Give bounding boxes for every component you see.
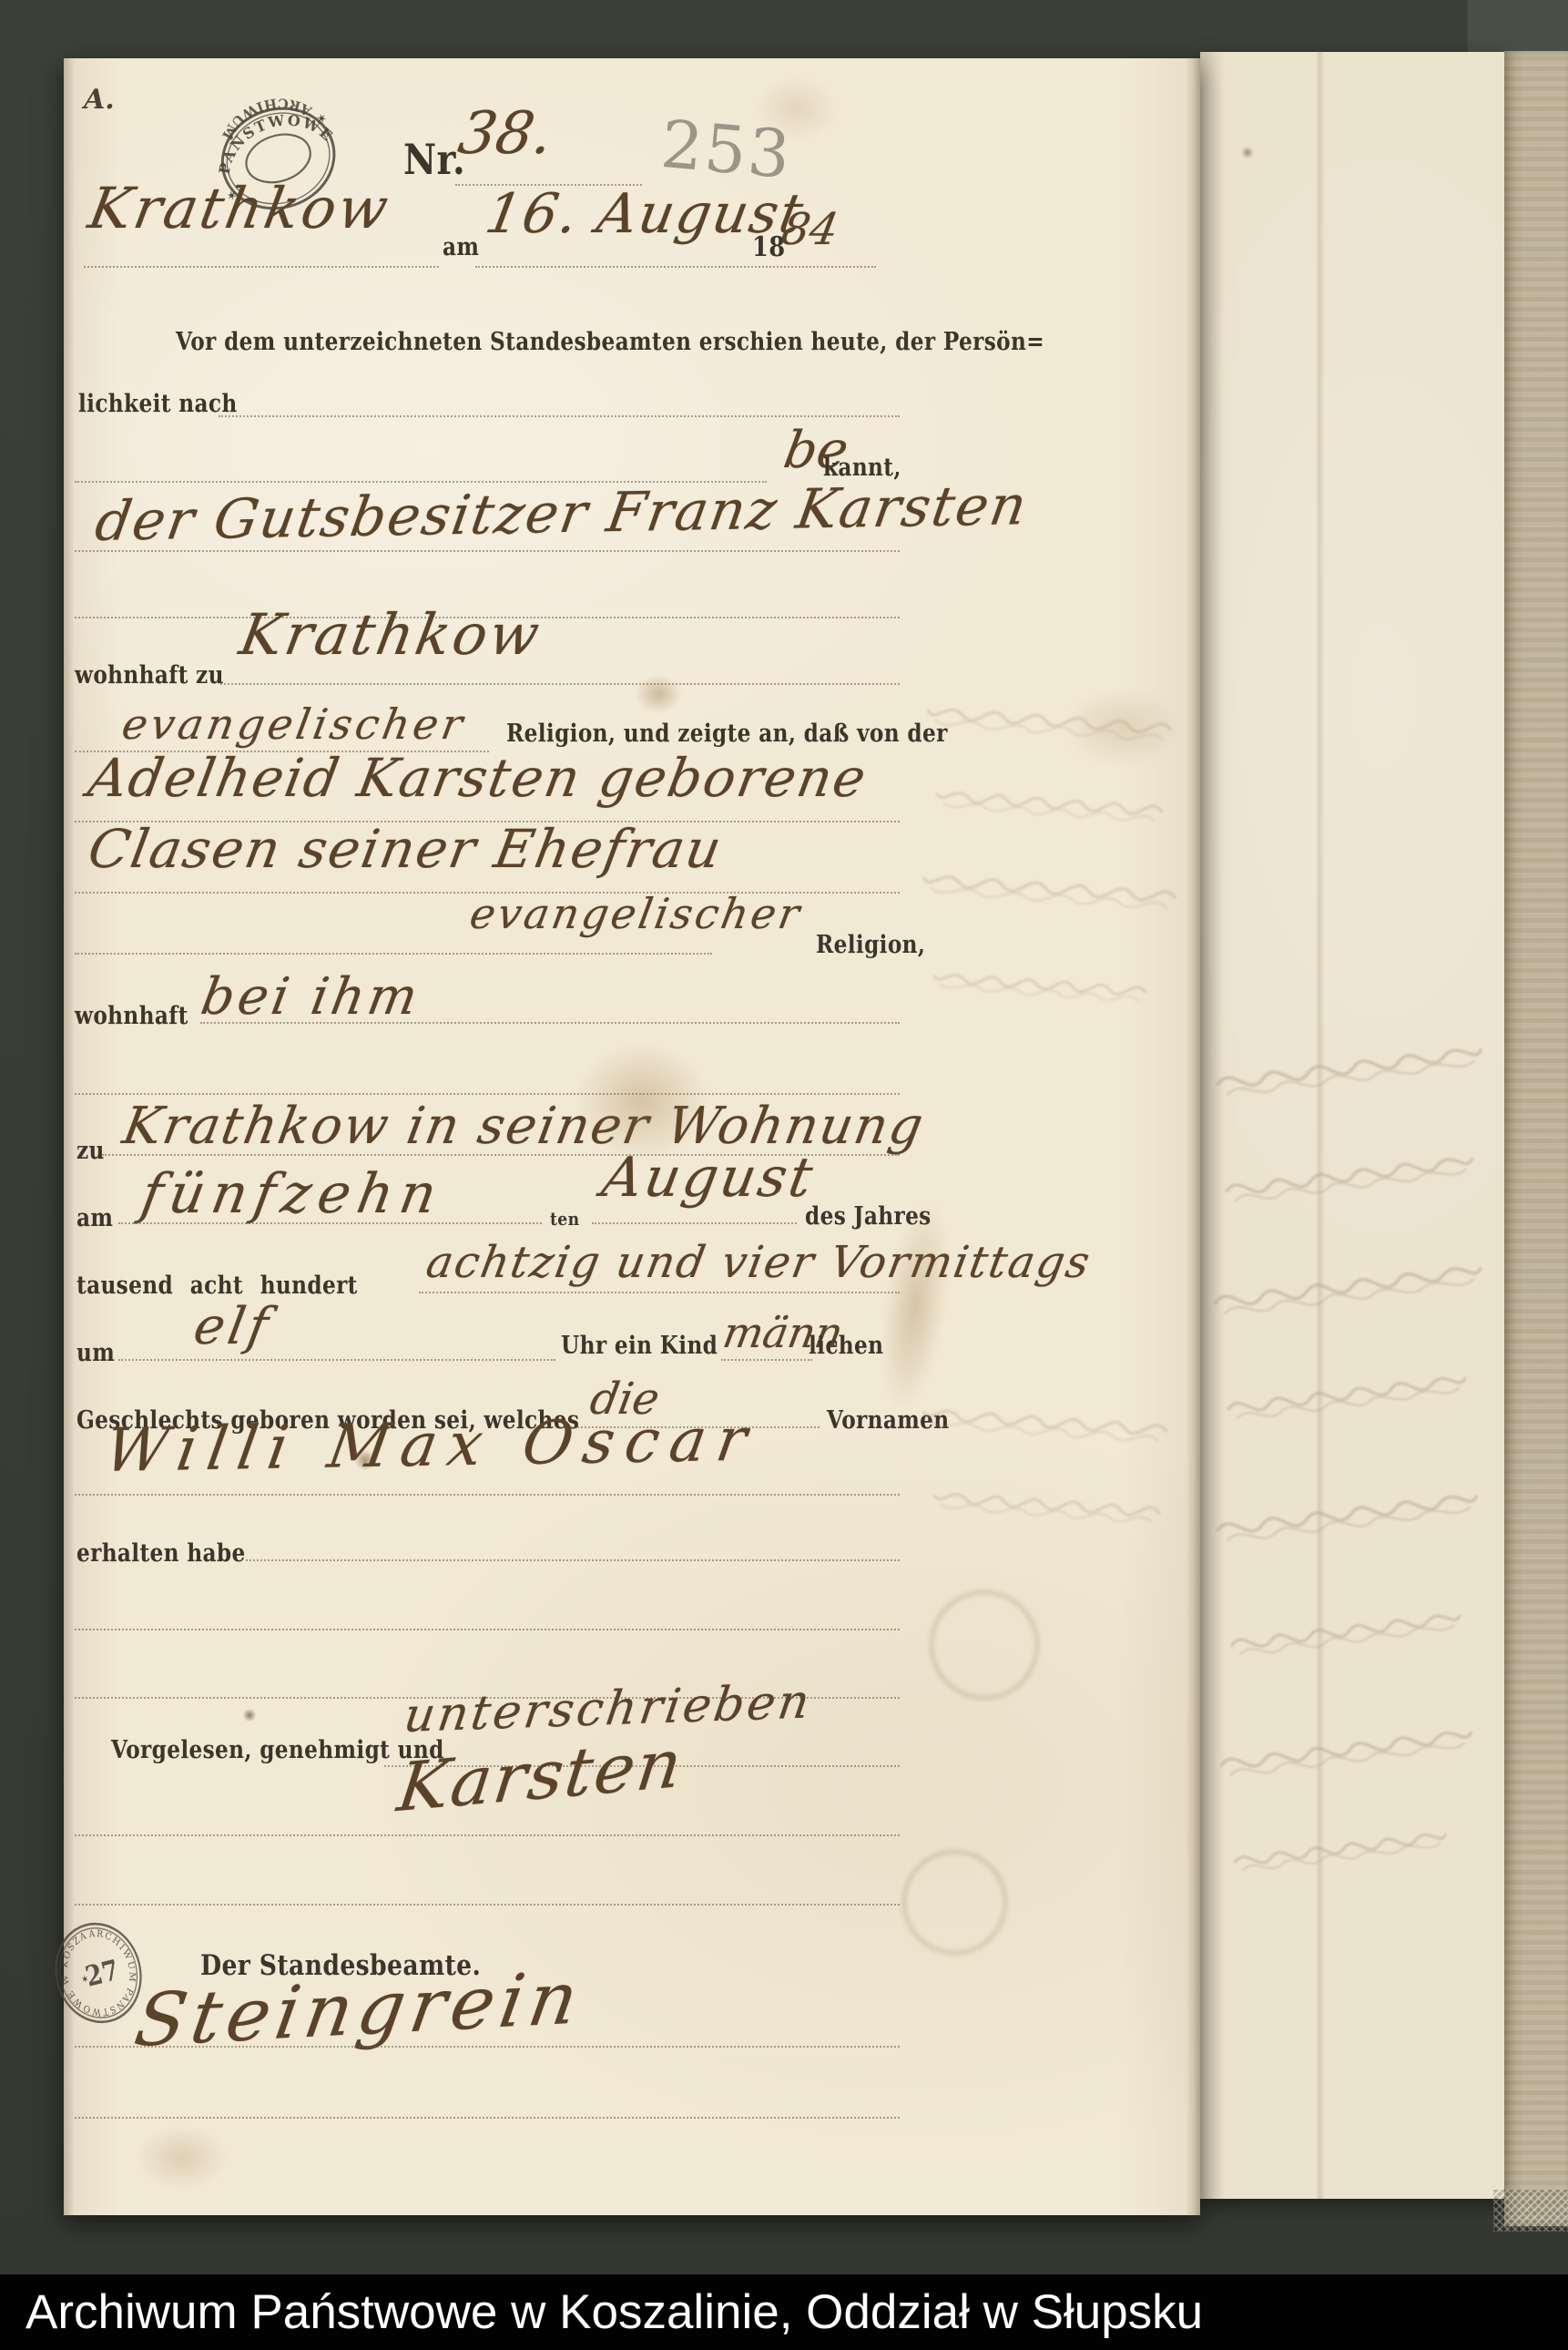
background-patch [1468, 0, 1568, 53]
bleed-through-script [1220, 1137, 1479, 1215]
declarant-entry: der Gutsbesitzer Franz Karsten [91, 474, 1033, 554]
bleed-through-script [930, 955, 1151, 1016]
bleed-through-script [1215, 1711, 1478, 1789]
des-jahres-label: des Jahres [805, 1202, 932, 1231]
intro-line-2: lichkeit nach [78, 390, 238, 418]
stain [137, 2126, 228, 2190]
child-names-entry: Willi Max Oscar [100, 1405, 762, 1486]
bleed-through-script [1211, 1027, 1488, 1109]
archive-footer-text: Archiwum Państwowe w Koszalinie, Oddział… [0, 2274, 1568, 2350]
bleed-through-script [1207, 1245, 1489, 1329]
dotted-line [75, 1494, 900, 1496]
dotted-line [200, 1022, 900, 1024]
pencil-number: 253 [658, 106, 795, 193]
erhalten-label: erhalten habe [76, 1539, 246, 1568]
wohnhaft-zu-label: wohnhaft zu [75, 661, 224, 690]
vorgelesen-label: Vorgelesen, genehmigt und [111, 1736, 444, 1764]
dotted-line [475, 266, 876, 268]
dotted-line [75, 1629, 900, 1630]
bleed-through-script [929, 1473, 1164, 1537]
birth-record-page: A. PAŃSTWOWE ARCHIWUM ✶ ✶ Nr. 38. 253 Kr… [64, 58, 1200, 2215]
tausend-label: tausend acht hundert [76, 1272, 358, 1300]
bei-ihm-entry: bei ihm [197, 967, 425, 1027]
stain [634, 674, 683, 714]
bleed-through-stamp [901, 1849, 1008, 1956]
stain [1240, 147, 1255, 158]
bleed-through-script [932, 771, 1166, 835]
dotted-line [75, 1834, 900, 1836]
birth-year-entry: achtzig und vier Vormittags [423, 1237, 1095, 1288]
intro-line-1: Vor dem unterzeichneten Standesbeamten e… [176, 328, 1044, 356]
stain [242, 1709, 257, 1722]
dotted-line [419, 1292, 900, 1293]
ten-label: ten [550, 1208, 579, 1230]
book-edge [1504, 51, 1568, 2226]
bleed-through-stamp [929, 1589, 1040, 1701]
year-entry: 84 [778, 204, 842, 255]
am-label: am [443, 233, 479, 261]
bleed-through-script [918, 1388, 1171, 1456]
bleed-through-script [922, 687, 1176, 754]
dotted-line [721, 1359, 812, 1361]
dotted-line [84, 266, 439, 268]
archive-footer-bar: Archiwum Państwowe w Koszalinie, Oddział… [0, 2274, 1568, 2350]
scanned-document: A. PAŃSTWOWE ARCHIWUM ✶ ✶ Nr. 38. 253 Kr… [0, 0, 1568, 2350]
round-stamp-number: 27 [82, 1953, 122, 1993]
binding-mesh [1493, 2190, 1568, 2232]
dotted-line [246, 1559, 900, 1561]
dotted-line [118, 1222, 542, 1224]
place-entry: Krathkow [84, 175, 396, 241]
birth-month-entry: August [597, 1146, 820, 1210]
birth-day-entry: fünfzehn [137, 1162, 448, 1226]
dotted-line [75, 953, 712, 955]
lichen-label: lichen [809, 1332, 883, 1360]
hour-entry: elf [189, 1297, 276, 1356]
dotted-line [219, 415, 900, 417]
dotted-line [220, 683, 900, 685]
religion-label-2: Religion, [816, 931, 925, 959]
uhr-ein-kind-label: Uhr ein Kind [561, 1332, 718, 1360]
mother-name-line-2: Clasen seiner Ehefrau [84, 818, 728, 880]
dotted-line [592, 1222, 797, 1224]
bleed-through-script [1211, 1473, 1484, 1556]
mother-name-line-1: Adelheid Karsten geborene [84, 747, 872, 809]
dotted-line [75, 1904, 900, 1906]
religion-entry-1: evangelischer [118, 700, 470, 749]
nr-value: 38. [453, 100, 558, 168]
dotted-line [118, 1359, 555, 1361]
dotted-line [75, 550, 900, 552]
um-label: um [76, 1339, 115, 1367]
bleed-through-script [918, 854, 1180, 923]
wohnhaft-label: wohnhaft [75, 1002, 188, 1030]
bleed-through-script [1226, 1593, 1466, 1669]
bleed-through-script [1229, 1814, 1451, 1885]
am-label-2: am [76, 1204, 113, 1232]
dotted-line [75, 2046, 900, 2048]
religion-label-1: Religion, und zeigte an, daß von der [506, 720, 948, 748]
corner-label: A. [84, 84, 115, 116]
religion-entry-2: evangelischer [466, 889, 806, 938]
dotted-line [75, 2117, 900, 2119]
bleed-through-script [1222, 1356, 1471, 1434]
zu-label: zu [76, 1137, 105, 1165]
dotted-line [75, 1093, 900, 1095]
residence-entry: Krathkow [235, 601, 547, 668]
next-page-edge [1200, 52, 1504, 2199]
